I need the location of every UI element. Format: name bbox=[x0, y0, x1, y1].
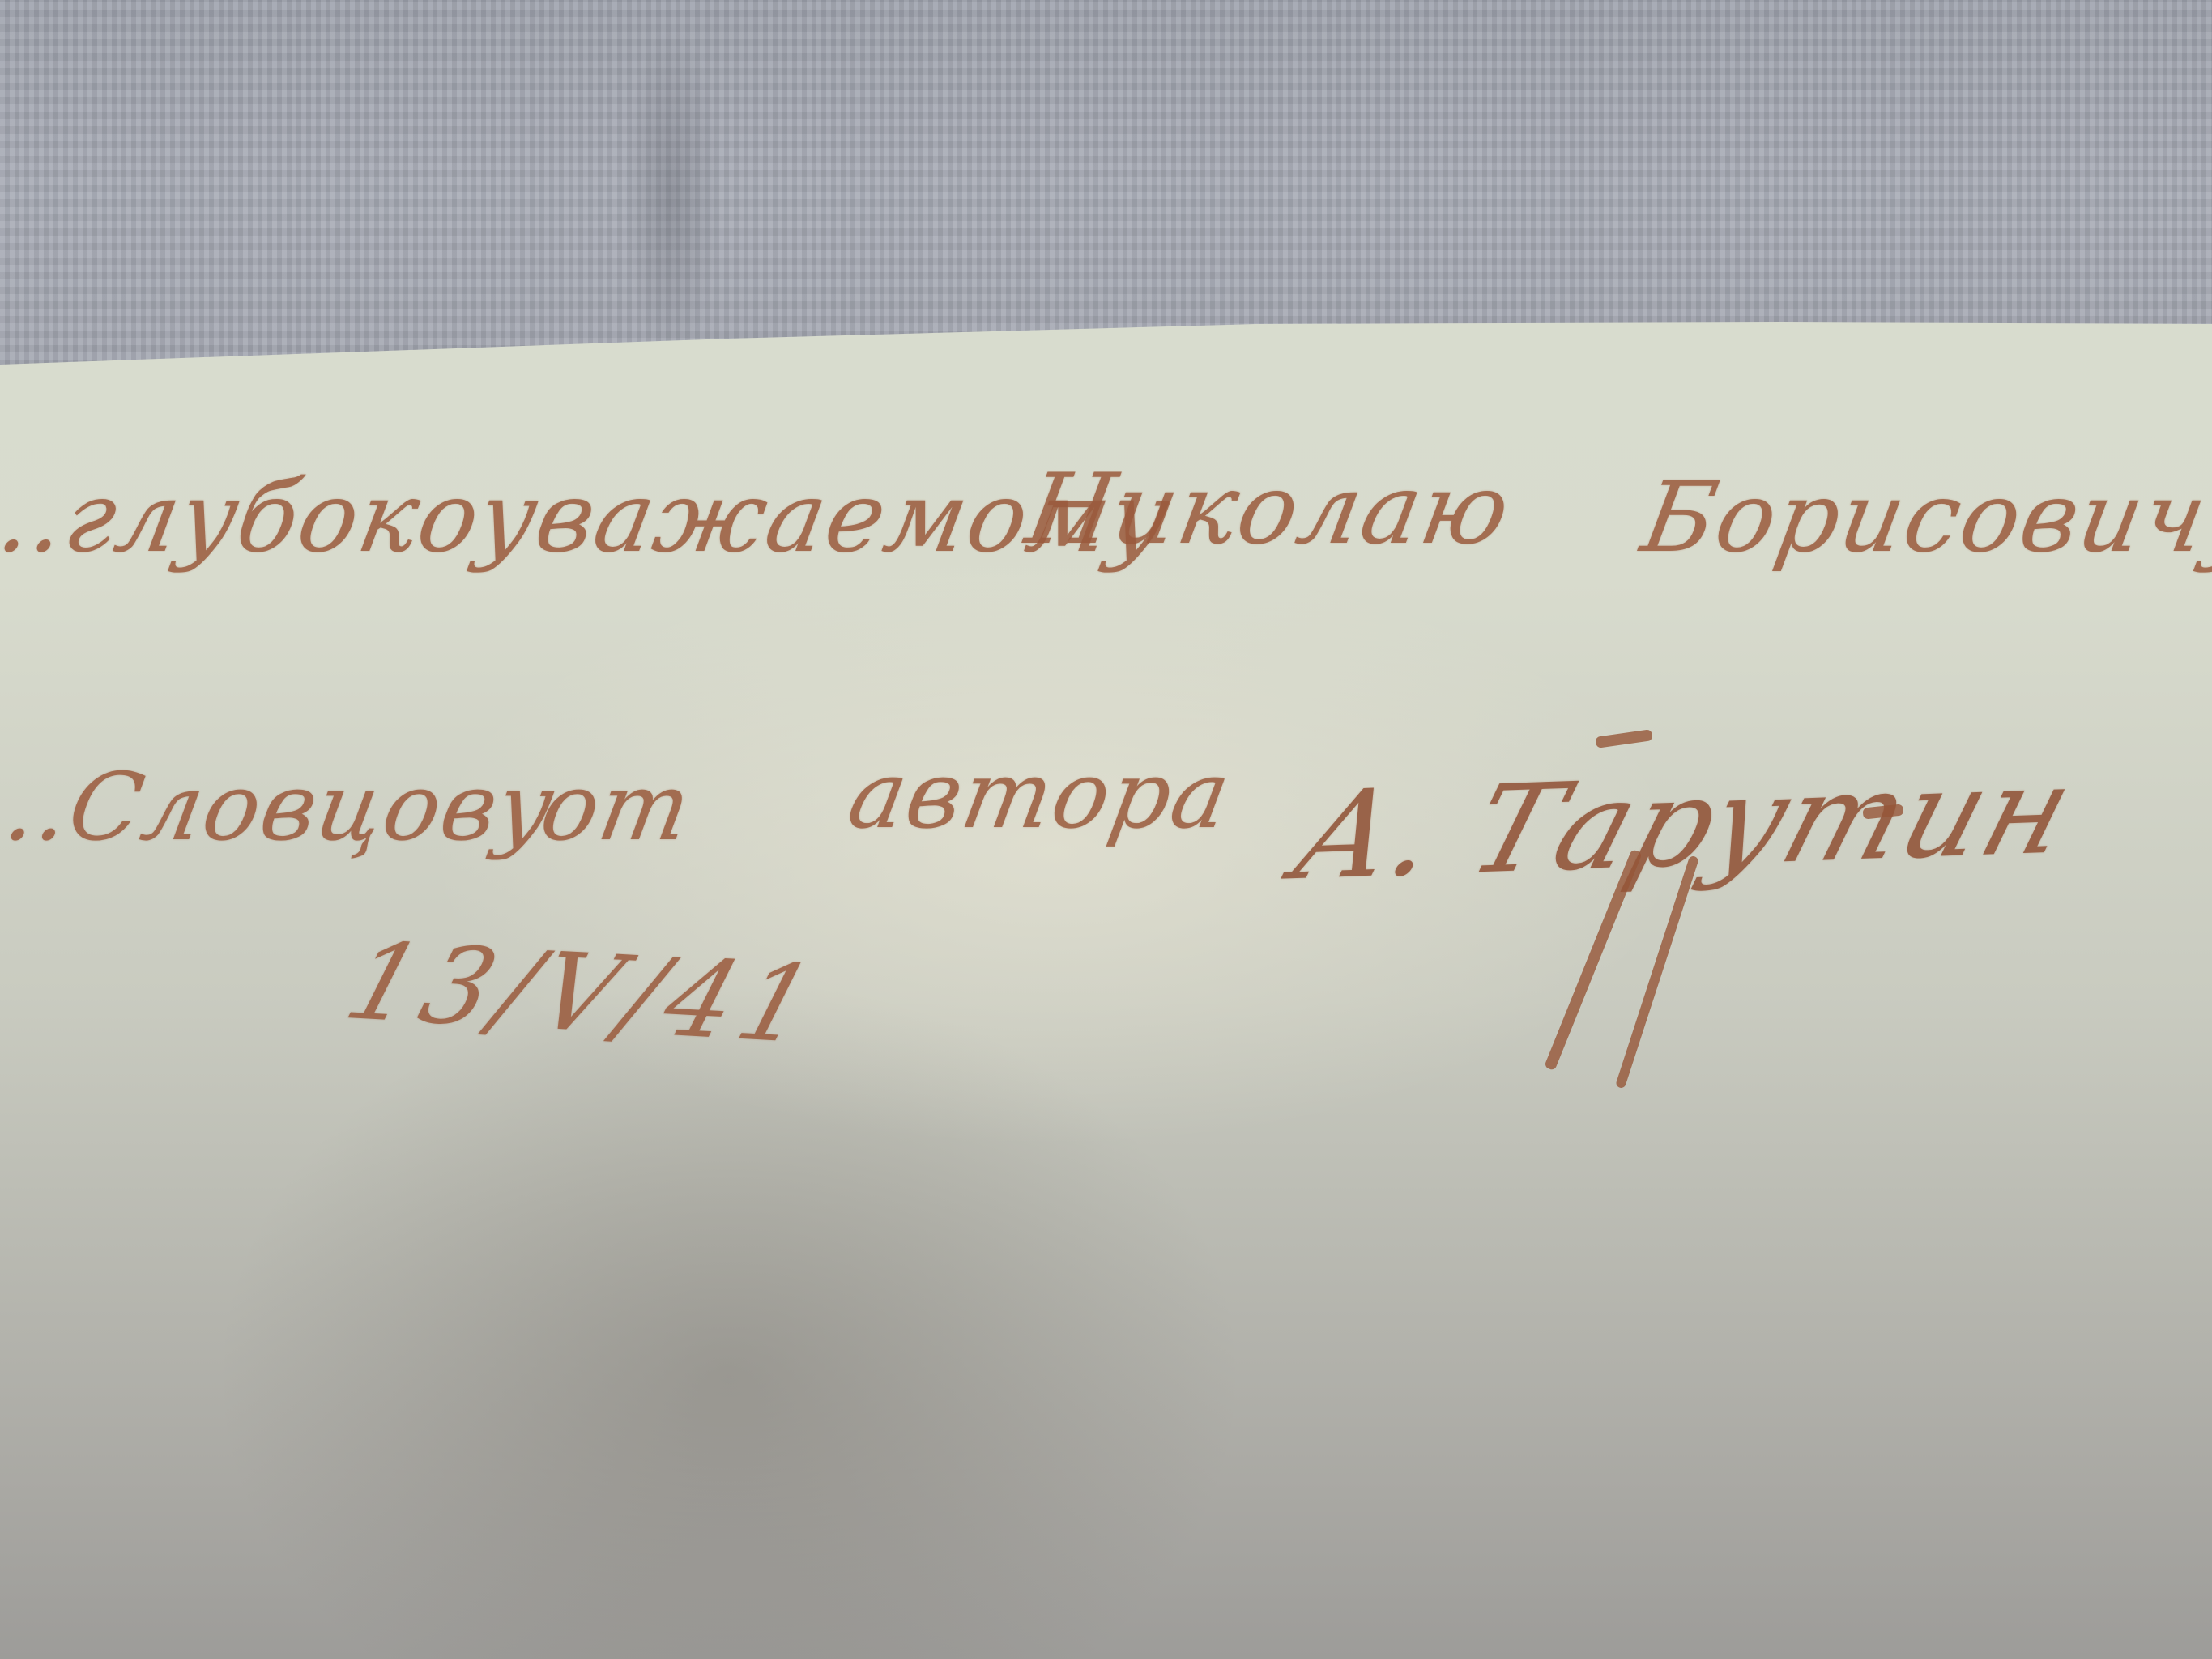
inscription-line2-word1: …Словцову bbox=[0, 753, 563, 862]
inscription-line1-word3: Борисовичу bbox=[1634, 462, 2212, 574]
inscription-line2-word3: автора bbox=[841, 741, 1239, 850]
inscription-date: 13/V/41 bbox=[333, 919, 835, 1067]
inscription-line1-word1: …глубокоуважаемому bbox=[0, 462, 1178, 574]
inscription-line2-word2: от bbox=[533, 753, 700, 862]
fabric-crease bbox=[624, 24, 721, 365]
inscription-line1-word2: Николаю bbox=[1019, 454, 1519, 566]
